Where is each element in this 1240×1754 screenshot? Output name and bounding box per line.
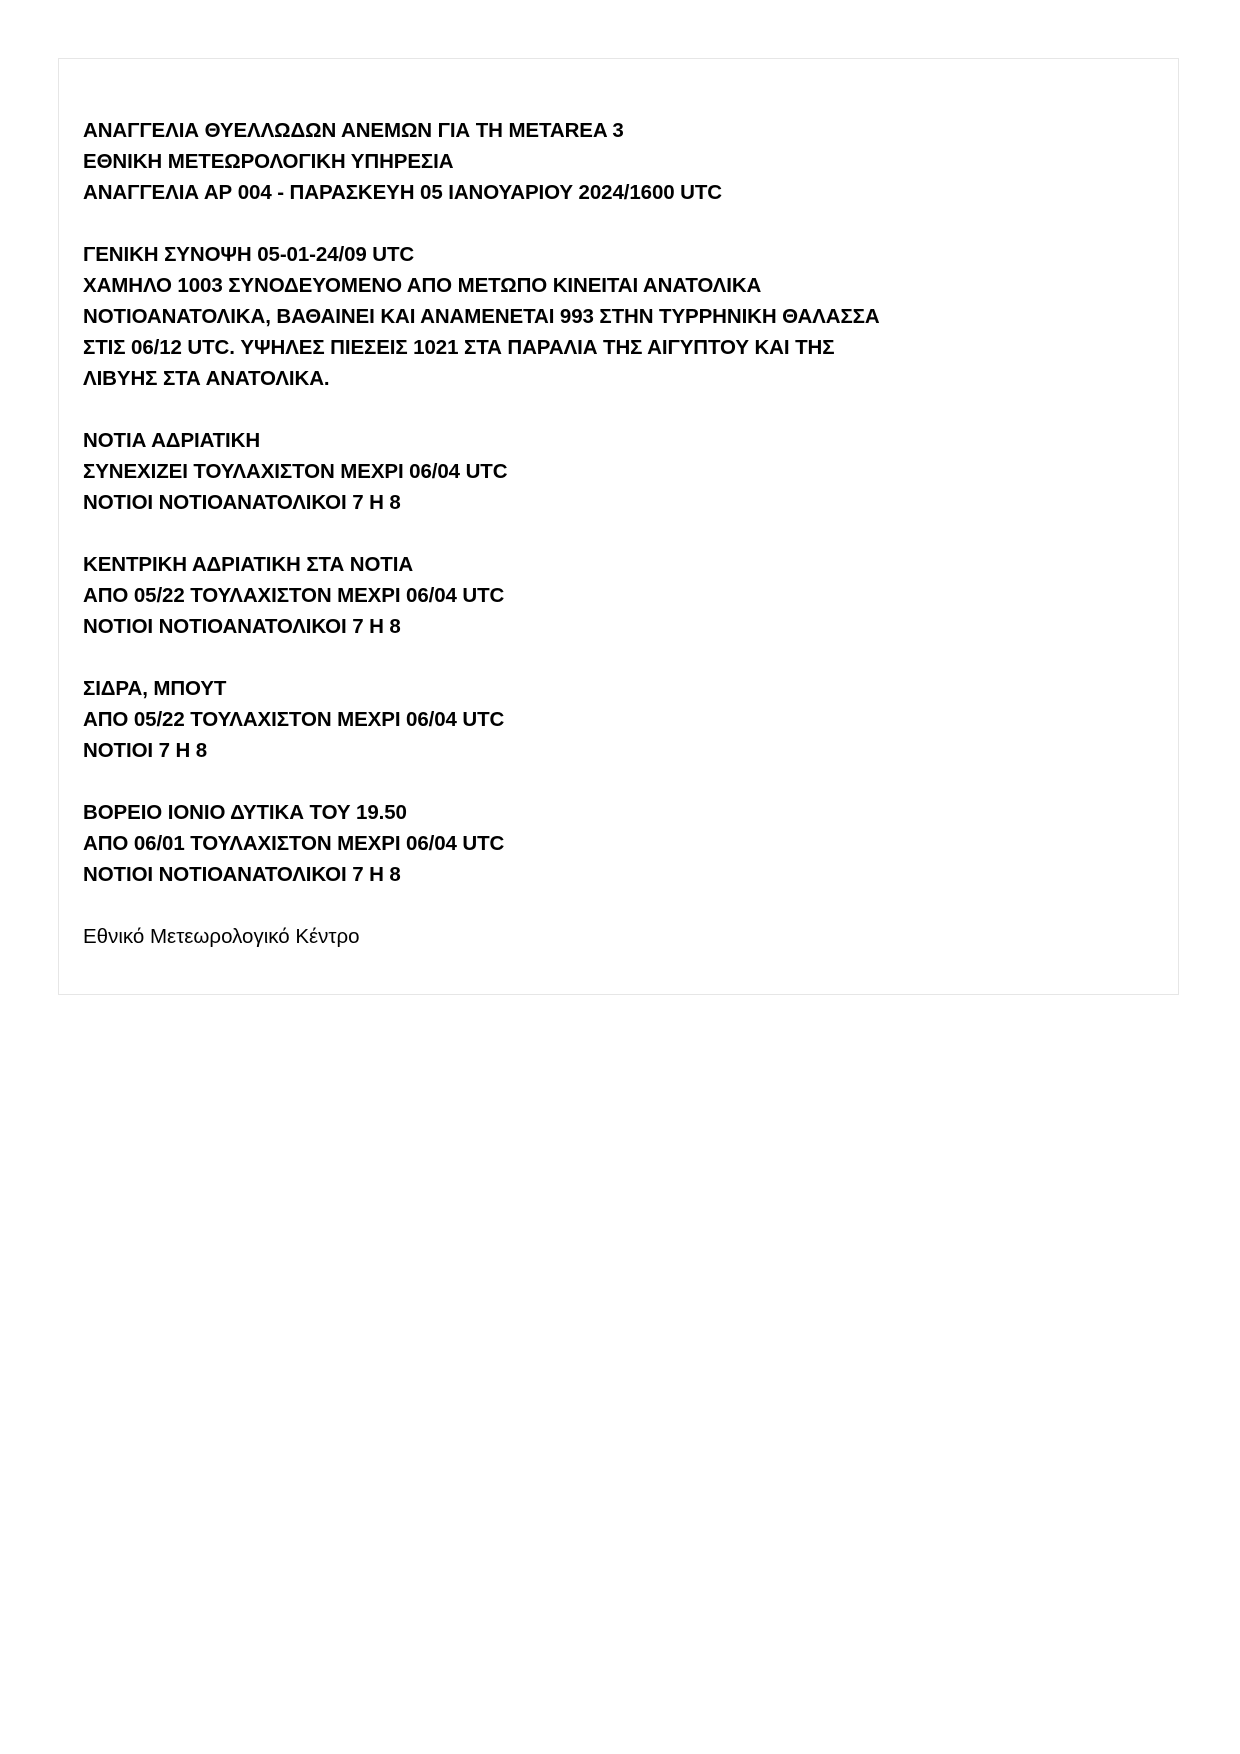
warning-area: ΝΟΤΙΑ ΑΔΡΙΑΤΙΚΗ — [83, 425, 1154, 456]
bulletin-container: ΑΝΑΓΓΕΛΙΑ ΘΥΕΛΛΩΔΩΝ ΑΝΕΜΩΝ ΓΙΑ ΤΗ METARE… — [58, 58, 1179, 995]
issuing-service: ΕΘΝΙΚΗ ΜΕΤΕΩΡΟΛΟΓΙΚΗ ΥΠΗΡΕΣΙΑ — [83, 146, 1154, 177]
bulletin-title: ΑΝΑΓΓΕΛΙΑ ΘΥΕΛΛΩΔΩΝ ΑΝΕΜΩΝ ΓΙΑ ΤΗ METARE… — [83, 115, 1154, 146]
bulletin-number-date: ΑΝΑΓΓΕΛΙΑ ΑΡ 004 - ΠΑΡΑΣΚΕΥΗ 05 ΙΑΝΟΥΑΡΙ… — [83, 177, 1154, 208]
warning-wind: ΝΟΤΙΟΙ ΝΟΤΙΟΑΝΑΤΟΛΙΚΟΙ 7 Η 8 — [83, 487, 1154, 518]
warning-wind: ΝΟΤΙΟΙ ΝΟΤΙΟΑΝΑΤΟΛΙΚΟΙ 7 Η 8 — [83, 611, 1154, 642]
warning-wind: ΝΟΤΙΟΙ 7 Η 8 — [83, 735, 1154, 766]
warning-wind: ΝΟΤΙΟΙ ΝΟΤΙΟΑΝΑΤΟΛΙΚΟΙ 7 Η 8 — [83, 859, 1154, 890]
synopsis-text-line: ΝΟΤΙΟΑΝΑΤΟΛΙΚΑ, ΒΑΘΑΙΝΕΙ ΚΑΙ ΑΝΑΜΕΝΕΤΑΙ … — [83, 301, 1154, 332]
warning-block: ΣΙΔΡΑ, ΜΠΟΥΤ ΑΠΟ 05/22 ΤΟΥΛΑΧΙΣΤΟΝ ΜΕΧΡΙ… — [83, 673, 1154, 766]
signature: Εθνικό Μετεωρολογικό Κέντρο — [83, 921, 1154, 952]
synopsis-text-line: ΛΙΒΥΗΣ ΣΤΑ ΑΝΑΤΟΛΙΚΑ. — [83, 363, 1154, 394]
warning-period: ΑΠΟ 06/01 ΤΟΥΛΑΧΙΣΤΟΝ ΜΕΧΡΙ 06/04 UTC — [83, 828, 1154, 859]
synopsis-text-line: ΣΤΙΣ 06/12 UTC. ΥΨΗΛΕΣ ΠΙΕΣΕΙΣ 1021 ΣΤΑ … — [83, 332, 1154, 363]
bulletin-content: ΑΝΑΓΓΕΛΙΑ ΘΥΕΛΛΩΔΩΝ ΑΝΕΜΩΝ ΓΙΑ ΤΗ METARE… — [83, 115, 1154, 952]
warning-period: ΑΠΟ 05/22 ΤΟΥΛΑΧΙΣΤΟΝ ΜΕΧΡΙ 06/04 UTC — [83, 580, 1154, 611]
synopsis-text-line: ΧΑΜΗΛΟ 1003 ΣΥΝΟΔΕΥΟΜΕΝΟ ΑΠΟ ΜΕΤΩΠΟ ΚΙΝΕ… — [83, 270, 1154, 301]
warning-block: ΒΟΡΕΙΟ ΙΟΝΙΟ ΔΥΤΙΚΑ ΤΟΥ 19.50 ΑΠΟ 06/01 … — [83, 797, 1154, 890]
warning-block: ΚΕΝΤΡΙΚΗ ΑΔΡΙΑΤΙΚΗ ΣΤΑ ΝΟΤΙΑ ΑΠΟ 05/22 Τ… — [83, 549, 1154, 642]
synopsis-heading: ΓΕΝΙΚΗ ΣΥΝΟΨΗ 05-01-24/09 UTC — [83, 239, 1154, 270]
warning-area: ΚΕΝΤΡΙΚΗ ΑΔΡΙΑΤΙΚΗ ΣΤΑ ΝΟΤΙΑ — [83, 549, 1154, 580]
warning-area: ΒΟΡΕΙΟ ΙΟΝΙΟ ΔΥΤΙΚΑ ΤΟΥ 19.50 — [83, 797, 1154, 828]
warning-area: ΣΙΔΡΑ, ΜΠΟΥΤ — [83, 673, 1154, 704]
general-synopsis: ΓΕΝΙΚΗ ΣΥΝΟΨΗ 05-01-24/09 UTC ΧΑΜΗΛΟ 100… — [83, 239, 1154, 394]
warning-block: ΝΟΤΙΑ ΑΔΡΙΑΤΙΚΗ ΣΥΝΕΧΙΖΕΙ ΤΟΥΛΑΧΙΣΤΟΝ ΜΕ… — [83, 425, 1154, 518]
bulletin-header: ΑΝΑΓΓΕΛΙΑ ΘΥΕΛΛΩΔΩΝ ΑΝΕΜΩΝ ΓΙΑ ΤΗ METARE… — [83, 115, 1154, 208]
warning-period: ΑΠΟ 05/22 ΤΟΥΛΑΧΙΣΤΟΝ ΜΕΧΡΙ 06/04 UTC — [83, 704, 1154, 735]
warning-period: ΣΥΝΕΧΙΖΕΙ ΤΟΥΛΑΧΙΣΤΟΝ ΜΕΧΡΙ 06/04 UTC — [83, 456, 1154, 487]
